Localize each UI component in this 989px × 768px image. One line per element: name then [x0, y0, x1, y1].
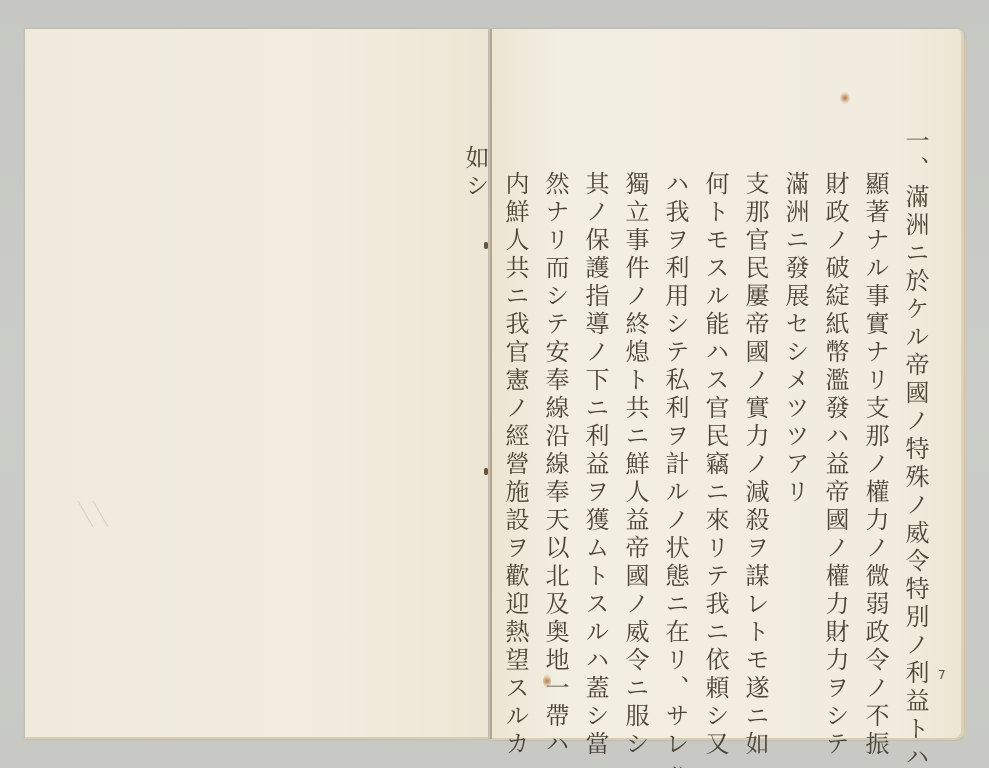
text-column: 然ナリ而シテ安奉線沿線奉天以北及奥地一帶ハ [535, 145, 575, 705]
text-column: ハ我ヲ利用シテ私利ヲ計ルノ状態ニ在リ、サレハ [655, 145, 695, 705]
text-column: 獨立事件ノ終熄ト共ニ鮮人益帝國ノ威令ニ服シ [615, 145, 655, 705]
ink-stain [840, 92, 850, 104]
manuscript-text: 一、滿洲ニ於ケル帝國ノ特殊ノ威令特別ノ利益トハ 顯著ナル事實ナリ支那ノ權力ノ微弱… [545, 145, 935, 705]
paper-crease [93, 501, 109, 527]
paper-crease [78, 501, 94, 527]
text-column: 如シ [455, 145, 495, 705]
text-column: 支那官民屢帝國ノ實力ノ減殺ヲ謀レトモ遂ニ如 [735, 145, 775, 705]
left-page [25, 29, 488, 739]
text-column: 何トモスル能ハス官民竊ニ來リテ我ニ依頼シ又 [695, 145, 735, 705]
page-number: 7 [938, 668, 946, 682]
text-column: 滿洲ニ發展セシメツツアリ [775, 145, 815, 705]
text-column: 其ノ保護指導ノ下ニ利益ヲ獲ムトスルハ蓋シ當 [575, 145, 615, 705]
text-column: 顯著ナル事實ナリ支那ノ權力ノ微弱政令ノ不振 [855, 145, 895, 705]
text-column: 内鮮人共ニ我官憲ノ經營施設ヲ歡迎熱望スルカ [495, 145, 535, 705]
text-column: 財政ノ破綻紙幣濫發ハ益帝國ノ權力財力ヲシテ [815, 145, 855, 705]
text-column: 一、滿洲ニ於ケル帝國ノ特殊ノ威令特別ノ利益トハ [895, 128, 935, 705]
